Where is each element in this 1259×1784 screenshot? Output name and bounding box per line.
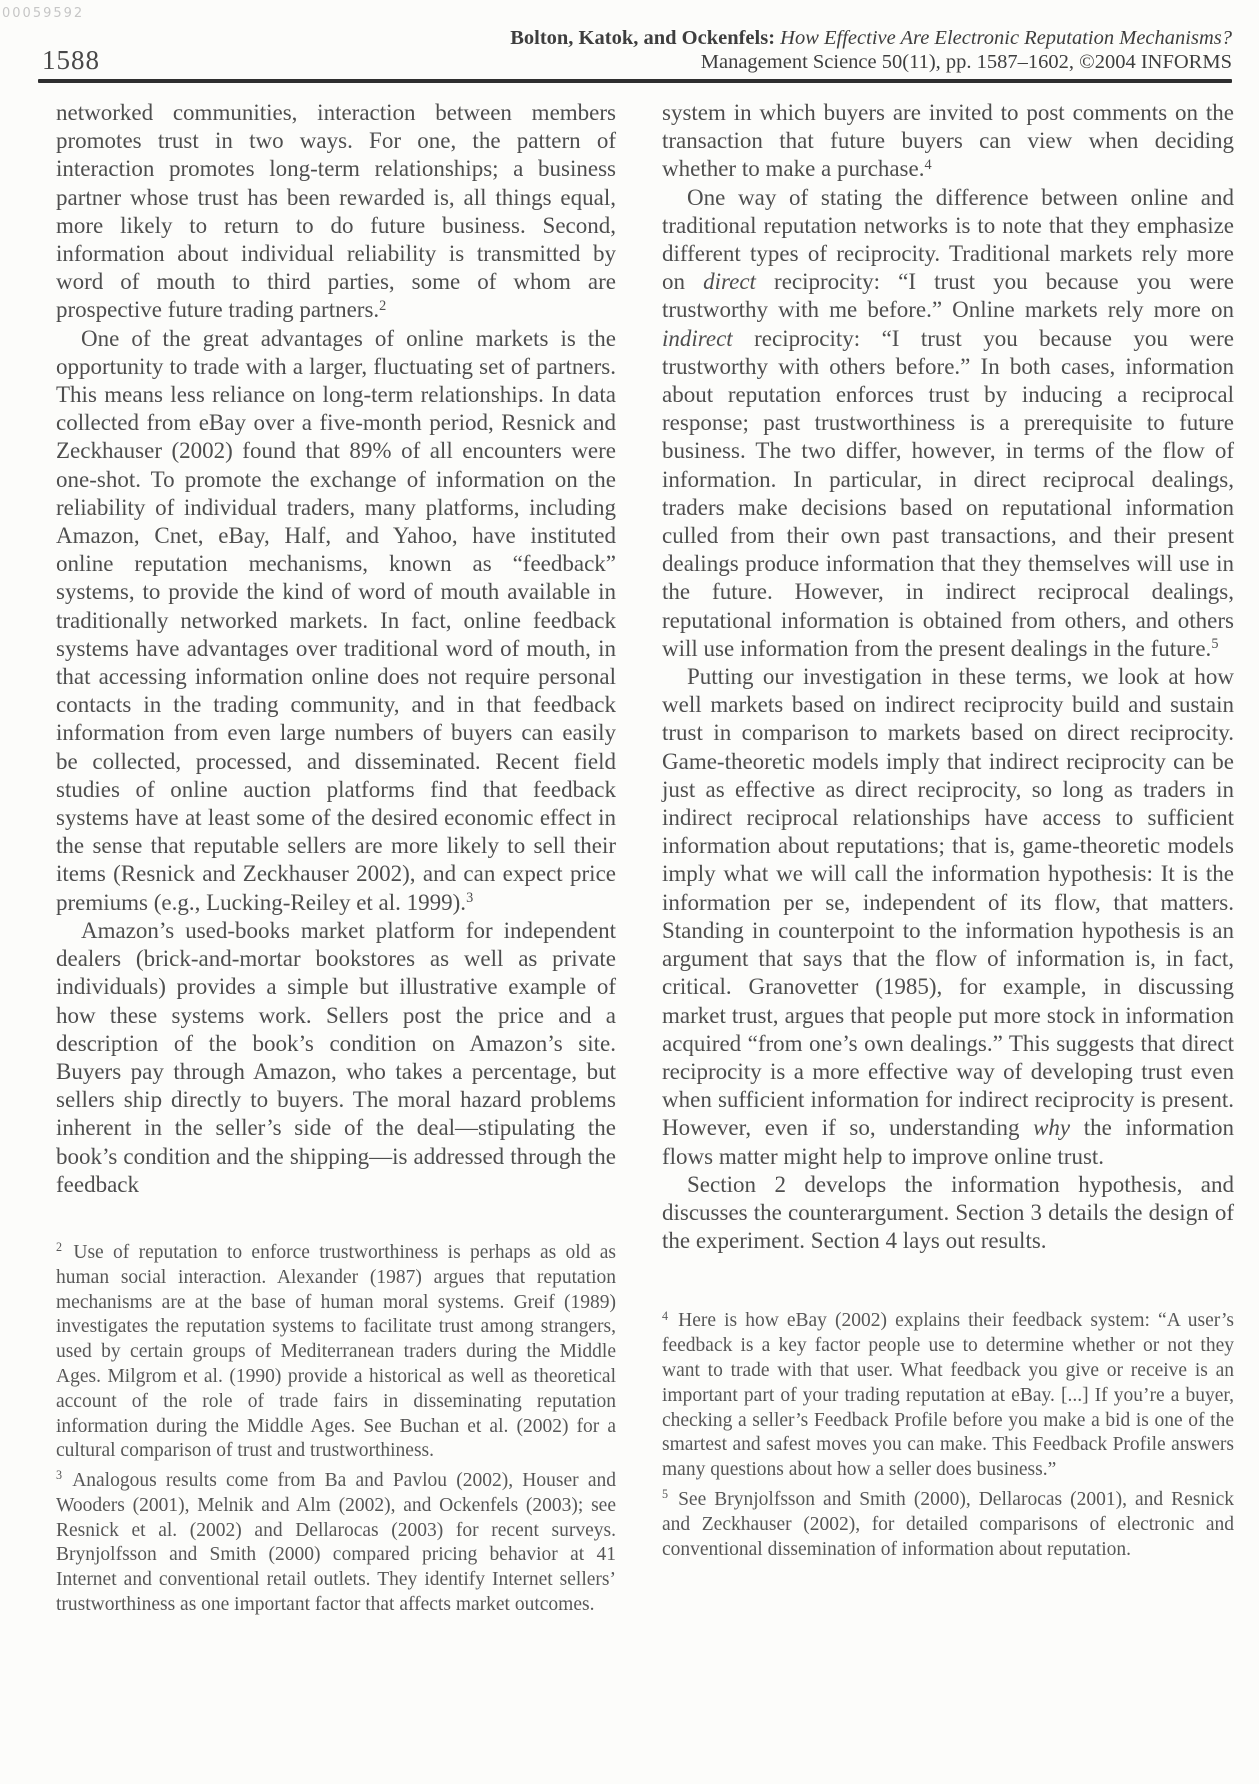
- italic-text: why: [1033, 1115, 1070, 1140]
- footnote-marker: 5: [662, 1487, 668, 1501]
- paragraph: Amazon’s used-books market platform for …: [56, 917, 616, 1199]
- running-head-line1: Bolton, Katok, and Ockenfels: How Effect…: [510, 27, 1232, 51]
- right-column: system in which buyers are invited to po…: [662, 99, 1234, 1623]
- right-column-body: system in which buyers are invited to po…: [662, 99, 1234, 1255]
- footnote-marker: 3: [56, 1468, 62, 1482]
- footnote-3: 3 Analogous results come from Ba and Pav…: [56, 1469, 616, 1618]
- italic-text: direct: [703, 269, 756, 294]
- italic-text: indirect: [662, 326, 733, 351]
- paragraph: system in which buyers are invited to po…: [662, 99, 1234, 184]
- left-column: networked communities, interaction betwe…: [56, 99, 616, 1623]
- two-column-text: networked communities, interaction betwe…: [56, 99, 1234, 1623]
- paragraph: Putting our investigation in these terms…: [662, 663, 1234, 1171]
- footnote-marker: 2: [379, 298, 386, 314]
- footnote-5: 5 See Brynjolfsson and Smith (2000), Del…: [662, 1488, 1234, 1562]
- header-rule: [38, 79, 1232, 83]
- left-column-footnotes: 2 Use of reputation to enforce trustwort…: [56, 1241, 616, 1618]
- paragraph: One of the great advantages of online ma…: [56, 325, 616, 917]
- paragraph: Section 2 develops the information hypot…: [662, 1171, 1234, 1256]
- footnote-marker: 4: [662, 1309, 668, 1323]
- running-head-journal-line: Management Science 50(11), pp. 1587–1602…: [510, 51, 1232, 75]
- paragraph: networked communities, interaction betwe…: [56, 99, 616, 325]
- paragraph: One way of stating the difference betwee…: [662, 184, 1234, 663]
- running-head-authors: Bolton, Katok, and Ockenfels:: [510, 27, 775, 49]
- page-number: 1588: [42, 47, 100, 74]
- footnote-marker: 2: [56, 1240, 62, 1254]
- running-head-right: Bolton, Katok, and Ockenfels: How Effect…: [510, 27, 1232, 74]
- left-column-body: networked communities, interaction betwe…: [56, 99, 616, 1199]
- footnote-marker: 3: [466, 890, 473, 906]
- running-head: 1588 Bolton, Katok, and Ockenfels: How E…: [0, 0, 1259, 79]
- footnote-marker: 4: [924, 157, 931, 173]
- right-column-footnotes: 4 Here is how eBay (2002) explains their…: [662, 1309, 1234, 1562]
- footnote-2: 2 Use of reputation to enforce trustwort…: [56, 1241, 616, 1464]
- journal-page-scan: 00059592 1588 Bolton, Katok, and Ockenfe…: [0, 0, 1259, 1784]
- footnote-4: 4 Here is how eBay (2002) explains their…: [662, 1309, 1234, 1483]
- running-head-article-title: How Effective Are Electronic Reputation …: [780, 27, 1232, 49]
- footnote-marker: 5: [1211, 636, 1218, 652]
- scan-id-number: 00059592: [2, 6, 84, 21]
